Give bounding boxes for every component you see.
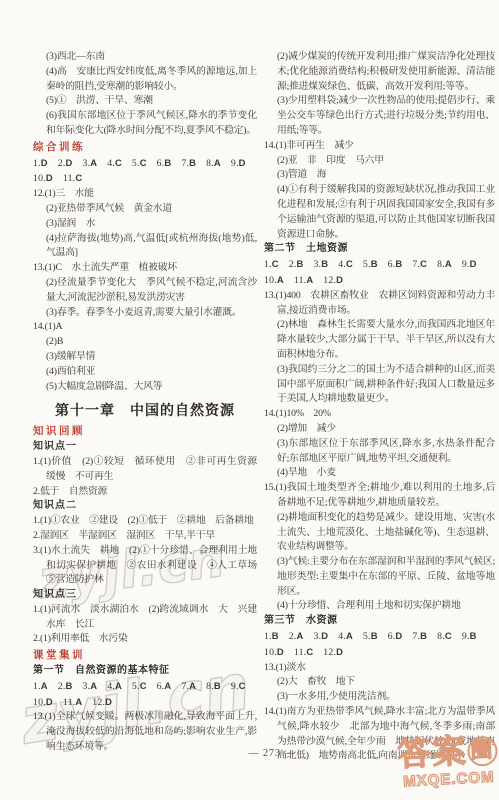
answer-line: (4)西伯利亚 — [33, 365, 257, 380]
answer-line: 13.(1)淡水 — [264, 661, 495, 676]
answer-line: (3)一水多用,少使用洗洁剂。 — [264, 690, 495, 705]
answer-book-page: zyjl.cn zyjl.cn (3)西北—东南(4)高 安康比西安纬度低,离冬… — [0, 0, 499, 800]
answer-line: (2)径流量季节变化大 季风气候不稳定,河流含沙量大,河流泥沙淤积,易发洪涝灾害 — [33, 276, 257, 306]
answer-line: (2)大 畜牧 地下 — [264, 675, 495, 690]
chapter-heading: 第十一章 中国的自然资源 — [33, 400, 257, 420]
answer-line: (6)我国东部地区位于季风气候区,降水的季节变化和年际变化大(降水时间分配不均,… — [33, 109, 257, 139]
answer-line: (3)东部地区位于东部季风区,降水多,水热条件配合好;东部地区平原广阔,地势平坦… — [264, 437, 495, 467]
answer-line: 1.(1)河流水 淡水湖泊水 (2)跨流域调水 大 兴建水库 长江 — [33, 603, 257, 633]
answer-line: (3)湿润 水 — [33, 217, 257, 232]
choice-answers-line: 10.A 11.A 12.D — [264, 273, 495, 289]
answer-line: 14.(1)非可再生 减少 — [264, 139, 495, 154]
answer-line: (2)亚热带季风气候 黄金水道 — [33, 202, 257, 217]
answer-line: 2.(1)利用率低 水污染 — [33, 632, 257, 647]
answer-line: 15.(1)我国土地类型齐全;耕地少,难以利用的土地多,后备耕地不足;优等耕地少… — [264, 481, 495, 511]
answer-line: (2)林地 森林生长需要大量水分,而我国西北地区年降水量较少,大部分属于干旱、半… — [264, 318, 495, 362]
answer-line: 1.(1)价值 (2)①较短 循环使用 ②非可再生资源 缓慢 不可再生 — [33, 455, 257, 485]
answer-line: 13.(1)C 水土流失严重 植被破坏 — [33, 261, 257, 276]
answer-line: 1.(1)①农业 ②建设 (2)①低于 ②耕地 后备耕地 — [33, 514, 257, 529]
choice-answers-line: 10.D 11.C — [33, 171, 257, 187]
answer-line: 14.(1)10% 20% — [264, 407, 495, 422]
answer-line: 14.(1)A — [33, 320, 257, 335]
answer-line: (4)高 安康比西安纬度低,离冬季风的源地远,加上秦岭的阻挡,受寒潮的影响较小。 — [33, 65, 257, 95]
answer-line: (3)我国约三分之二的国土为不适合耕种的山区,而美国中部平原面积广阔,耕种条件好… — [264, 363, 495, 407]
answer-line: (2)减少煤炭的传统开发利用;推广煤炭洁净化处理技术;优化能源消费结构;积极研发… — [264, 50, 495, 94]
answer-line: (5)① 洪涝、干旱、寒潮 — [33, 94, 257, 109]
column-right: (2)减少煤炭的传统开发利用;推广煤炭洁净化处理技术;优化能源消费结构;积极研发… — [264, 50, 495, 764]
page-number: — 273 — — [232, 748, 312, 759]
logo-domain: MXQE.COM — [384, 767, 499, 794]
answer-line: 12.(1)三 水能 — [33, 187, 257, 202]
answer-line: (4)十分珍惜、合理利用土地和切实保护耕地 — [264, 599, 495, 614]
answer-line: (3)气候:主要分布在东部湿润和半湿润的季风气候区;地形类型:主要集中在东部的平… — [264, 555, 495, 599]
two-column-text-area: (3)西北—东南(4)高 安康比西安纬度低,离冬季风的源地远,加上秦岭的阻挡,受… — [33, 50, 495, 764]
answer-line: 2.湿润区 半湿润区 湿润区 干旱,半干旱 — [33, 529, 257, 544]
red-banner-heading: 课堂集训 — [33, 648, 257, 663]
answer-line: (2)B — [33, 335, 257, 350]
answer-line: 13.(1)400 农耕区畜牧业 农耕区饲料资源和劳动力丰富,接近消费市场。 — [264, 289, 495, 319]
answer-line: (3)管道 海 — [264, 168, 495, 183]
choice-answers-line: 1.C 2.B 3.B 4.C 5.B 6.B 7.C 8.A 9.D — [264, 257, 495, 273]
choice-answers-line: 1.A 2.B 3.A 4.A 5.C 6.A 7.A 8.B 9.C — [33, 679, 257, 695]
answer-line: (2)增加 减少 — [264, 422, 495, 437]
red-banner-heading: 综合训练 — [33, 140, 257, 155]
choice-answers-line: 1.B 2.A 3.D 4.A 5.B 6.D 7.B 8.C 9.B — [264, 629, 495, 645]
answer-line: 2.低于 自然资源 — [33, 485, 257, 500]
section-heading: 第三节 水资源 — [264, 614, 495, 629]
answer-line: (3)少用塑料袋;减少一次性物品的使用;提倡步行、乘坐公交车等绿色出行方式;进行… — [264, 94, 495, 138]
answer-line: (3)春季。春季冬小麦返青,需要大量引水灌溉。 — [33, 306, 257, 321]
knowledge-point-heading: 知识点三 — [33, 588, 257, 603]
answer-line: (4)拉萨海拔(地势)高,气温低[或杭州海拔(地势)低,气温高] — [33, 232, 257, 262]
column-left: (3)西北—东南(4)高 安康比西安纬度低,离冬季风的源地远,加上秦岭的阻挡,受… — [33, 50, 257, 764]
answer-line: (2)耕地面积变化的趋势是减少。建设用地、灾害(水土流失、土地荒漠化、土地盐碱化… — [264, 511, 495, 555]
answer-line: (5)大幅度急剧降温、大风等 — [33, 380, 257, 395]
choice-answers-line: 10.D 11.A 12.D — [33, 695, 257, 711]
choice-answers-line: 1.D 2.D 3.A 4.C 5.C 6.B 7.B 8.A 9.D — [33, 156, 257, 172]
answer-line: (4)旱地 小麦 — [264, 466, 495, 481]
answer-line: (2)亚 非 印度 马六甲 — [264, 154, 495, 169]
red-banner-heading: 知识回顾 — [33, 424, 257, 439]
answer-line: (3)缓解旱情 — [33, 350, 257, 365]
section-heading: 第二节 土地资源 — [264, 242, 495, 257]
answer-line: 3.(1)水土流失 耕地 (2)①十分珍惜、合理利用土地和切实保护耕地 ②农田水… — [33, 544, 257, 588]
section-heading: 第一节 自然资源的基本特征 — [33, 664, 257, 679]
choice-answers-line: 10.D 11.C 12.D — [264, 645, 495, 661]
knowledge-point-heading: 知识点一 — [33, 440, 257, 455]
knowledge-point-heading: 知识点二 — [33, 499, 257, 514]
answer-line: (3)西北—东南 — [33, 50, 257, 65]
answer-line: (4)①有利于缓解我国的资源短缺状况,推动我国工业化进程和发展;②有利于巩固我国… — [264, 183, 495, 242]
answer-line: 13.(1)全球气候变暖。两极冰川融化,导致海平面上升,淹没海拔较低的沿海低地和… — [33, 710, 257, 754]
